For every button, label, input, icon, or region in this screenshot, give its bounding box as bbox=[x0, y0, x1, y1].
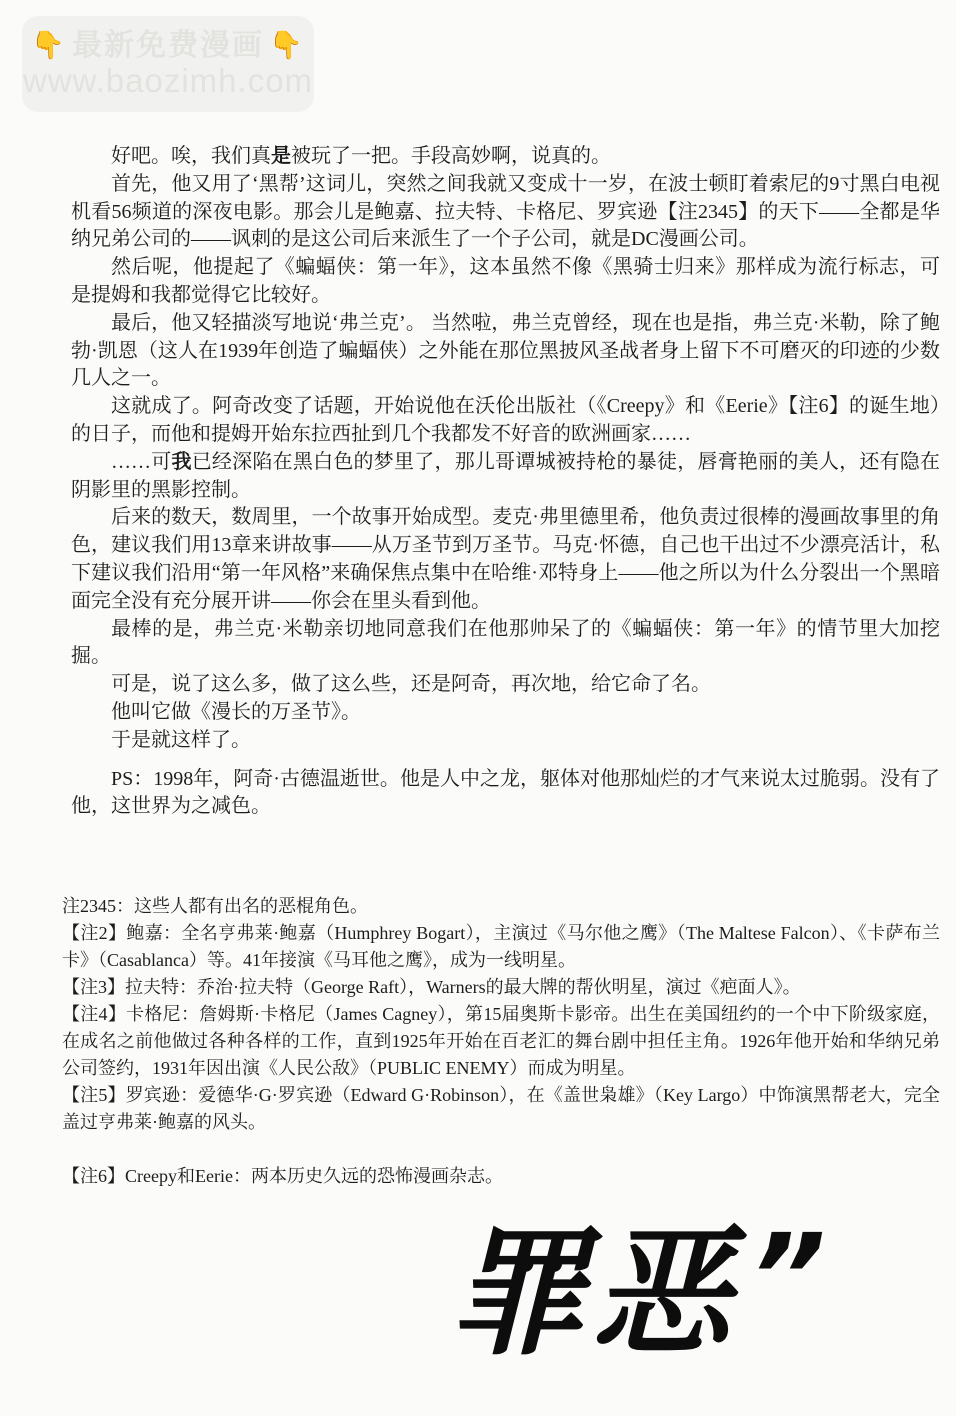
scanned-comic-text-page: 👇 最新免费漫画 👇 www.baozimh.com 好吧。唉，我们真是被玩了一… bbox=[0, 0, 956, 1416]
paragraph-2: 首先，他又用了‘黑帮’这词儿，突然之间我就又变成十一岁，在波士顿盯着索尼的9寸黑… bbox=[71, 171, 940, 254]
pointing-down-icon: 👇 bbox=[269, 31, 305, 61]
watermark-title-row: 👇 最新免费漫画 👇 bbox=[31, 29, 304, 62]
footnote-3: 【注3】拉夫特：乔治·拉夫特（George Raft），Warners的最大牌的… bbox=[62, 974, 940, 1001]
paragraph-9: 可是，说了这么多，做了这么些，还是阿奇，再次地，给它命了名。 bbox=[71, 671, 940, 699]
paragraph-10: 他叫它做《漫长的万圣节》。 bbox=[71, 699, 940, 727]
paragraph-1-text: 被玩了一把。手段高妙啊，说真的。 bbox=[291, 145, 611, 167]
paragraph-6-text: ……可 bbox=[111, 451, 171, 473]
footnote-4: 【注4】卡格尼：詹姆斯·卡格尼（James Cagney），第15届奥斯卡影帝。… bbox=[62, 1001, 940, 1082]
footnote-2345: 注2345：这些人都有出名的恶棍角色。 bbox=[62, 893, 940, 920]
paragraph-7: 后来的数天，数周里，一个故事开始成型。麦克·弗里德里希，他负责过很棒的漫画故事里… bbox=[71, 504, 940, 615]
pointing-down-icon: 👇 bbox=[31, 31, 67, 61]
footnote-5: 【注5】罗宾逊：爱德华·G·罗宾逊（Edward G·Robinson），在《盖… bbox=[62, 1082, 940, 1136]
paragraph-8: 最棒的是，弗兰克·米勒亲切地同意我们在他那帅呆了的《蝙蝠侠：第一年》的情节里大加… bbox=[71, 616, 940, 672]
watermark-badge: 👇 最新免费漫画 👇 www.baozimh.com bbox=[22, 16, 314, 112]
footnotes-section: 注2345：这些人都有出名的恶棍角色。 【注2】鲍嘉：全名亨弗莱·鲍嘉（Hump… bbox=[62, 893, 940, 1190]
paragraph-1-text: 好吧。唉，我们真 bbox=[111, 145, 271, 167]
big-title-text: 罪恶 bbox=[448, 1213, 736, 1374]
postscript: PS：1998年，阿奇·古德温逝世。他是人中之龙，躯体对他那灿烂的才气来说太过脆… bbox=[71, 766, 940, 822]
paragraph-6: ……可我已经深陷在黑白色的梦里了，那儿哥谭城被持枪的暴徒，唇膏艳丽的美人，还有隐… bbox=[71, 449, 940, 505]
paragraph-3: 然后呢，他提起了《蝙蝠侠：第一年》，这本虽然不像《黑骑士归来》那样成为流行标志，… bbox=[71, 254, 940, 310]
watermark-url: www.baozimh.com bbox=[23, 63, 313, 99]
watermark-title: 最新免费漫画 bbox=[72, 29, 264, 62]
paragraph-5: 这就成了。阿奇改变了话题，开始说他在沃伦出版社（《Creepy》和《Eerie》… bbox=[71, 393, 940, 449]
footnote-6: 【注6】Creepy和Eerie：两本历史久远的恐怖漫画杂志。 bbox=[62, 1163, 940, 1190]
paragraph-1: 好吧。唉，我们真是被玩了一把。手段高妙啊，说真的。 bbox=[71, 143, 940, 171]
article-body: 好吧。唉，我们真是被玩了一把。手段高妙啊，说真的。 首先，他又用了‘黑帮’这词儿… bbox=[71, 143, 940, 821]
paragraph-6-bold: 我 bbox=[171, 451, 191, 473]
paragraph-1-bold: 是 bbox=[271, 145, 291, 167]
closing-quote-mark: ” bbox=[750, 1216, 826, 1340]
paragraph-4: 最后，他又轻描淡写地说‘弗兰克’。 当然啦，弗兰克曾经，现在也是指，弗兰克·米勒… bbox=[71, 310, 940, 393]
paragraph-11: 于是就这样了。 bbox=[71, 727, 940, 755]
footnote-2: 【注2】鲍嘉：全名亨弗莱·鲍嘉（Humphrey Bogart），主演过《马尔他… bbox=[62, 920, 940, 974]
paragraph-6-text: 已经深陷在黑白色的梦里了，那儿哥谭城被持枪的暴徒，唇膏艳丽的美人，还有隐在阴影里… bbox=[71, 451, 940, 501]
big-title: 罪恶” bbox=[448, 1222, 826, 1367]
